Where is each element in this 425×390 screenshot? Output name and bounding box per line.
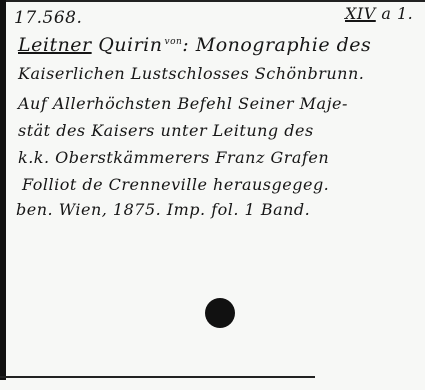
- entry-line-1: Leitner Quirinvon: Monographie des: [18, 34, 371, 56]
- nobility-particle: von: [164, 37, 182, 47]
- entry-line-5: k.k. Oberstkämmerers Franz Grafen: [18, 148, 329, 167]
- card-top-edge: [0, 0, 425, 2]
- entry-line-6: Folliot de Crenneville herausgegeg.: [22, 175, 329, 194]
- entry-line-7: ben. Wien, 1875. Imp. fol. 1 Band.: [16, 200, 310, 219]
- shelf-mark-suffix: a 1.: [381, 4, 413, 23]
- author-surname: Leitner: [18, 34, 92, 56]
- title-start: : Monographie des: [182, 34, 371, 56]
- card-left-edge: [0, 0, 6, 380]
- catalog-number: 17.568.: [14, 8, 82, 28]
- entry-line-4: stät des Kaisers unter Leitung des: [18, 121, 314, 140]
- entry-line-3: Auf Allerhöchsten Befehl Seiner Maje-: [18, 94, 348, 113]
- catalog-card: 17.568. XIV a 1. Leitner Quirinvon: Mono…: [0, 0, 425, 390]
- author-forename: Quirin: [98, 34, 162, 56]
- shelf-mark: XIV a 1.: [345, 4, 413, 23]
- shelf-mark-roman: XIV: [345, 4, 376, 23]
- entry-line-2: Kaiserlichen Lustschlosses Schönbrunn.: [18, 64, 364, 83]
- card-bottom-edge: [0, 376, 315, 378]
- punch-hole: [205, 298, 235, 328]
